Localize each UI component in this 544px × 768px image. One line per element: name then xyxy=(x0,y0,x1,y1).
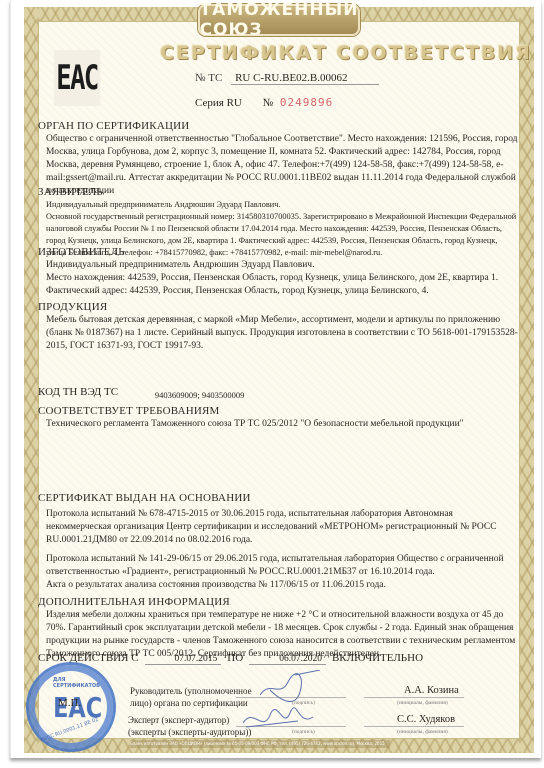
manufacturer-address: Фактический адрес: 442539, Россия, Пензе… xyxy=(38,285,518,298)
validity-to-label: ПО xyxy=(227,652,243,664)
basis-act: Акта о результатах анализа состояния про… xyxy=(38,579,518,592)
validity-suffix: ВКЛЮЧИТЕЛЬНО xyxy=(332,652,423,664)
head-name: А.А. Козина xyxy=(404,685,459,696)
head-signatory-label: Руководитель (уполномоченное лицо) орган… xyxy=(130,685,252,709)
series-label: Серия xyxy=(195,97,224,109)
section-text: Мебель бытовая детская деревянная, с мар… xyxy=(38,314,518,353)
tn-ved-codes: 9403609009; 9403500009 xyxy=(155,390,245,400)
section-title: СЕРТИФИКАТ ВЫДАН НА ОСНОВАНИИ xyxy=(38,492,518,505)
expert-label-line2: (эксперты (эксперты-аудиторы)) xyxy=(128,726,251,738)
head-label-line2: лицо) органа по сертификации xyxy=(130,697,252,709)
number-value: RU C-RU.BE02.B.00062 xyxy=(231,72,379,85)
section-title: ДОПОЛНИТЕЛЬНАЯ ИНФОРМАЦИЯ xyxy=(38,596,518,609)
footer-print-text: Бланк изготовлен ЗАО «ОПЦИОН» (лицензия … xyxy=(130,740,390,748)
eac-logo-icon: EAC xyxy=(54,50,101,106)
applicant-name: Индивидуальный предприниматель Андрюшин … xyxy=(38,199,518,211)
section-text: Технического регламента Таможенного союз… xyxy=(38,418,518,431)
section-product: ПРОДУКЦИЯ Мебель бытовая детская деревян… xyxy=(38,301,518,353)
valid-from-date: 07.07.2015 xyxy=(145,654,222,665)
section-title: ЗАЯВИТЕЛЬ xyxy=(38,186,518,199)
section-tn-ved: КОД ТН ВЭД ТС 9403609009; 9403500009 xyxy=(38,386,244,400)
head-label-line1: Руководитель (уполномоченное xyxy=(130,685,252,697)
head-signature-icon xyxy=(250,670,330,705)
certificate-number: № ТС RU C-RU.BE02.B.00062 xyxy=(195,72,379,85)
section-title: ОРГАН ПО СЕРТИФИКАЦИИ xyxy=(38,120,518,133)
stamp-top-text: ДЛЯ СЕРТИФИКАТОВ xyxy=(53,677,113,689)
serial-label: № xyxy=(263,97,274,109)
number-label: № ТС xyxy=(195,72,222,84)
expert-signature-icon xyxy=(238,705,318,735)
section-title: КОД ТН ВЭД ТС xyxy=(38,386,118,398)
section-title: ПРОДУКЦИЯ xyxy=(38,301,518,314)
manufacturer-name: Индивидуальный предприниматель Андрюшин … xyxy=(38,259,518,272)
section-title: ИЗГОТОВИТЕЛЬ xyxy=(38,246,518,259)
name-caption: (инициалы, фамилия) xyxy=(397,729,448,735)
validity-label: СРОК ДЕЙСТВИЯ С xyxy=(38,652,139,664)
basis-protocol-1: Протокола испытаний № 678-4715-2015 от 3… xyxy=(38,508,518,547)
section-manufacturer: ИЗГОТОВИТЕЛЬ Индивидуальный предпринимат… xyxy=(38,246,518,298)
series-value: RU xyxy=(227,97,242,109)
section-requirements: СООТВЕТСТВУЕТ ТРЕБОВАНИЯМ Технического р… xyxy=(38,405,518,431)
seal-place-label: М.П. xyxy=(58,697,81,709)
expert-signatory-label: Эксперт (эксперт-аудитор) (эксперты (экс… xyxy=(128,714,251,738)
manufacturer-location: Место нахождения: 442539, Россия, Пензен… xyxy=(38,272,518,285)
section-basis: СЕРТИФИКАТ ВЫДАН НА ОСНОВАНИИ Протокола … xyxy=(38,492,518,592)
head-name-line xyxy=(364,697,464,698)
certificate-series: Серия RU № 0249896 xyxy=(195,96,333,109)
expert-label-line1: Эксперт (эксперт-аудитор) xyxy=(128,714,251,726)
expert-name-line xyxy=(364,726,464,727)
section-title: СООТВЕТСТВУЕТ ТРЕБОВАНИЯМ xyxy=(38,405,518,418)
name-caption: (инициалы, фамилия) xyxy=(397,700,448,706)
serial-number: 0249896 xyxy=(280,96,333,109)
validity-period: СРОК ДЕЙСТВИЯ С 07.07.2015 ПО 06.07.2020… xyxy=(38,652,518,665)
valid-to-date: 06.07.2020 xyxy=(249,654,326,665)
basis-protocol-2: Протокола испытаний № 141-29-06/15 от 29… xyxy=(38,553,518,579)
expert-name: С.С. Худяков xyxy=(397,714,455,725)
customs-union-badge: ТАМОЖЕННЫЙ СОЮЗ xyxy=(198,4,360,36)
certificate-title: СЕРТИФИКАТ СООТВЕТСТВИЯ xyxy=(160,42,532,64)
